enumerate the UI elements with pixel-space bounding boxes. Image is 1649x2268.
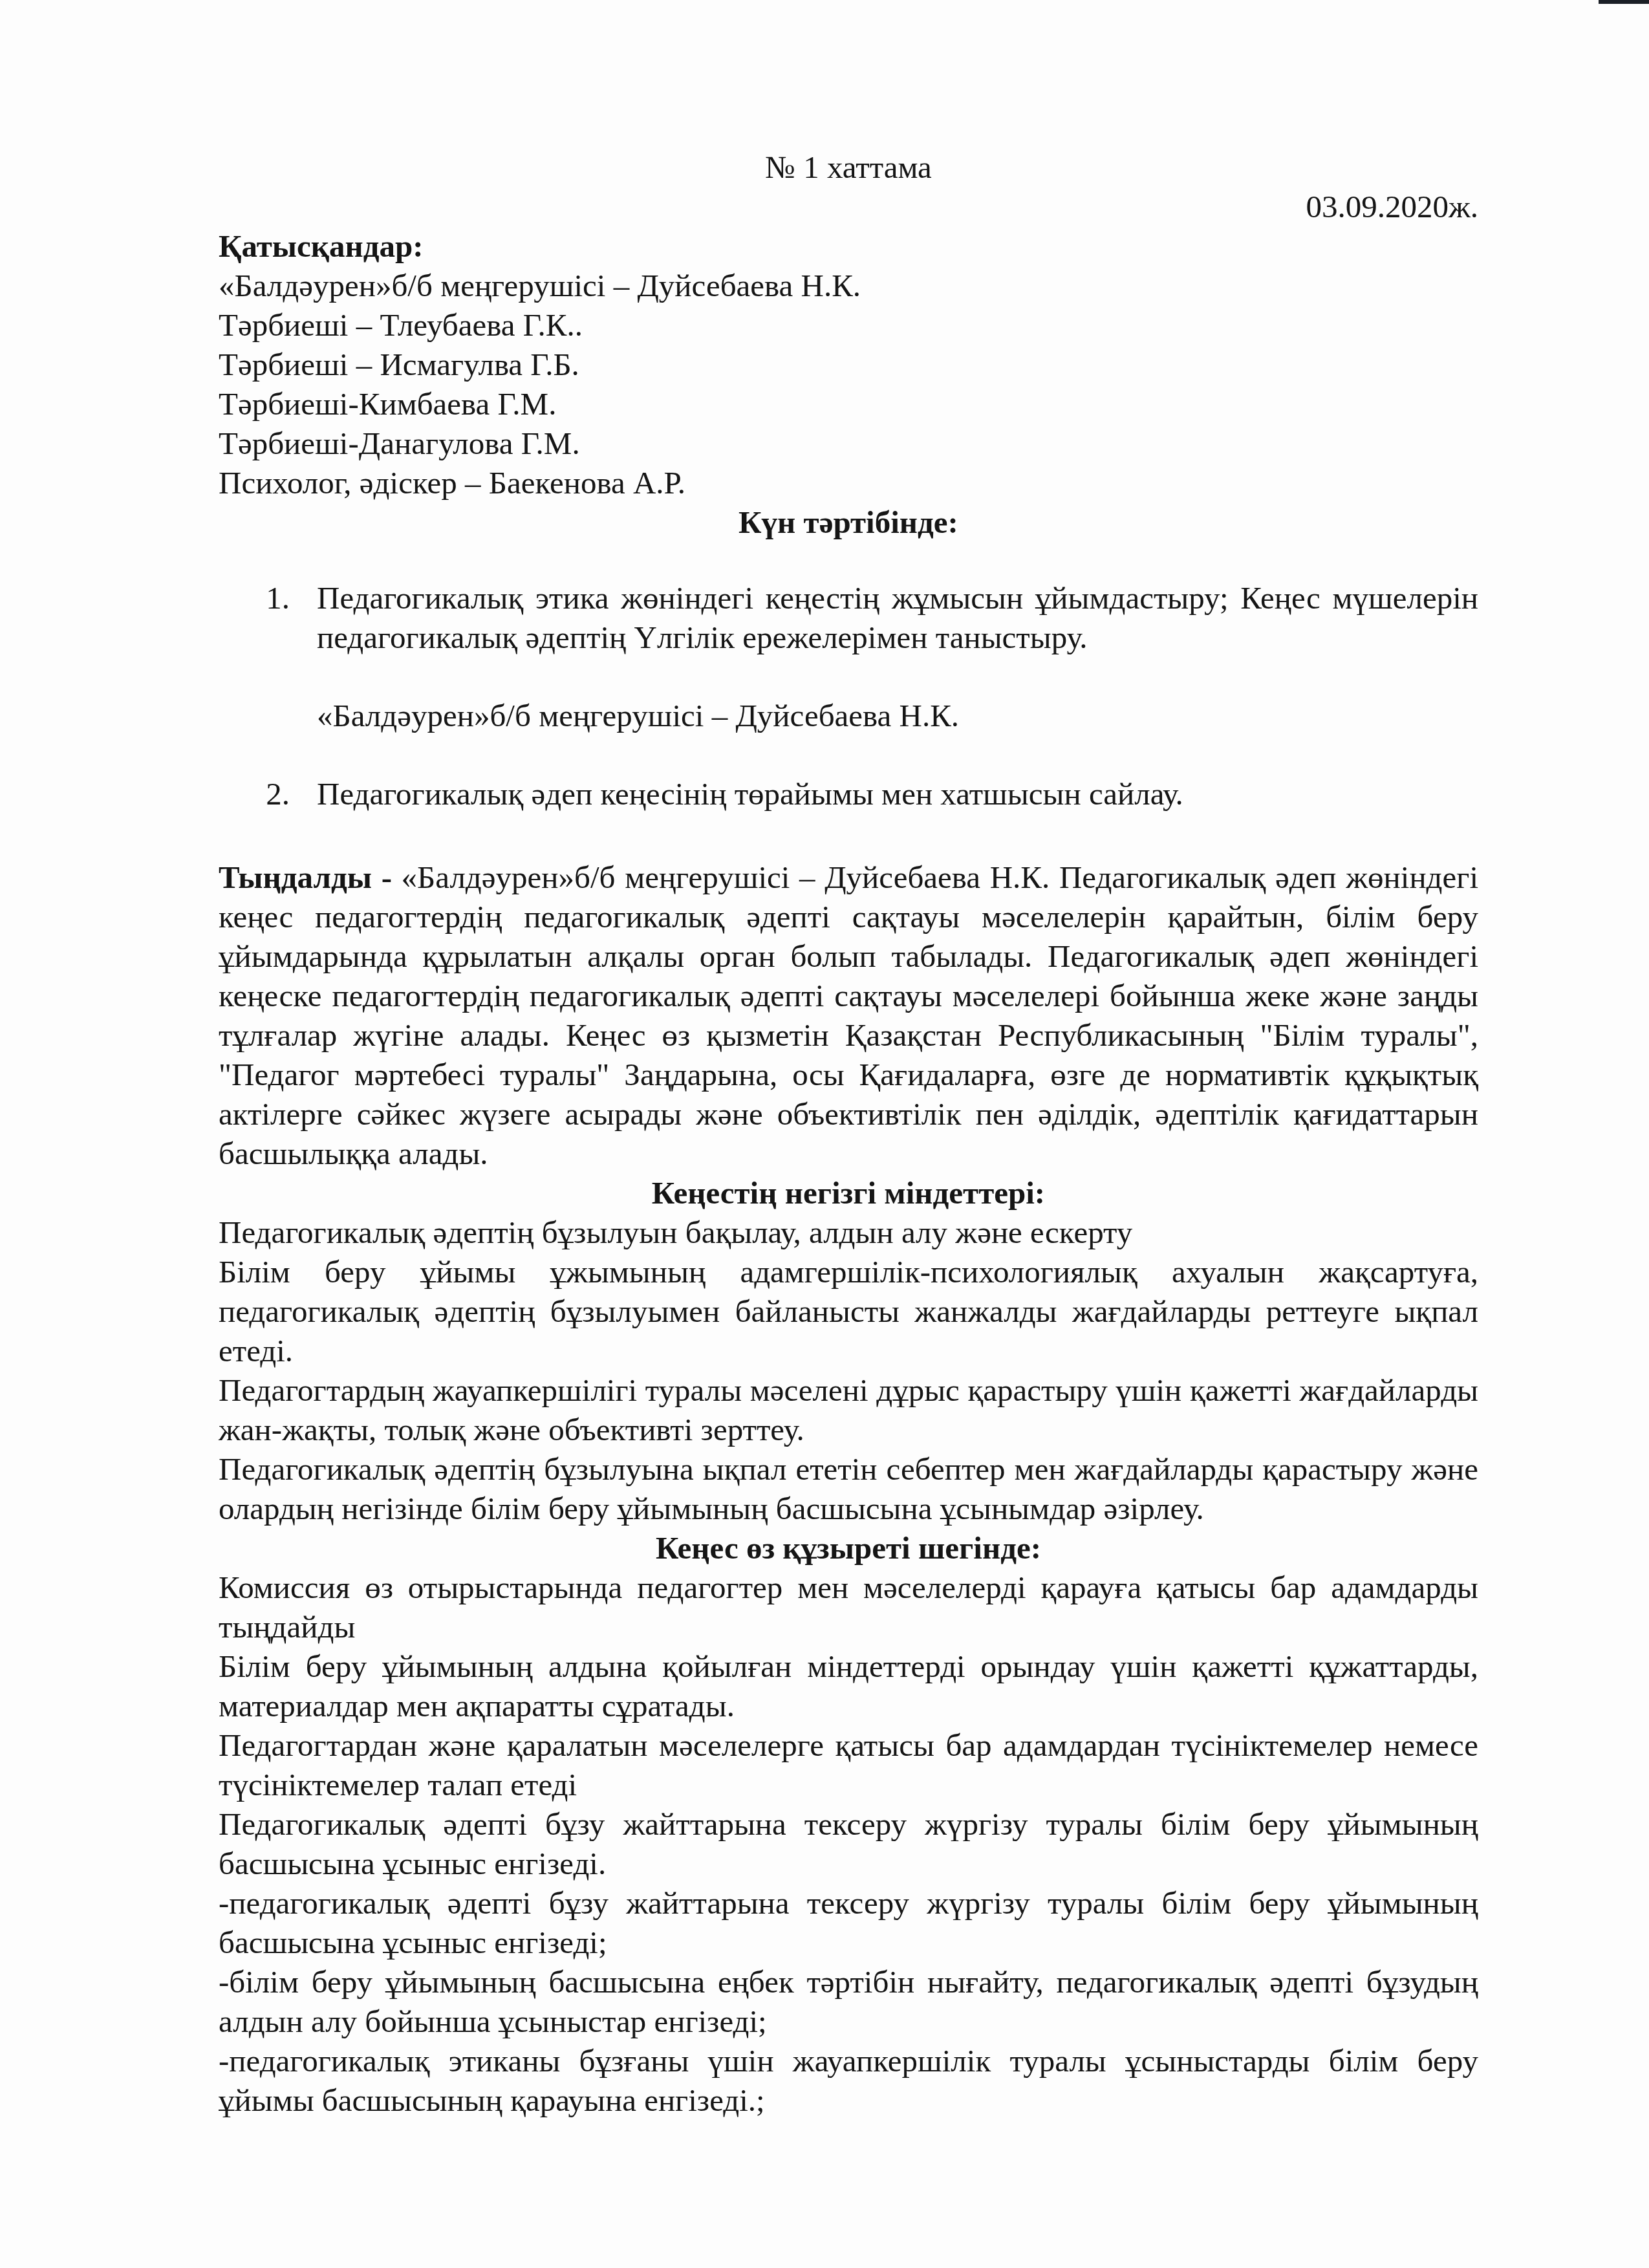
agenda-item-speaker: «Балдәурен»б/б меңгерушісі – Дуйсебаева … (317, 696, 1478, 735)
power-item: -педагогикалық этиканы бұзғаны үшін жауа… (219, 2041, 1478, 2120)
participant-item: Тәрбиеші – Тлеубаева Г.К.. (219, 305, 1478, 345)
participant-item: Тәрбиеші-Кимбаева Г.М. (219, 384, 1478, 424)
task-item: Педагогикалық әдептің бұзылуына ықпал ет… (219, 1449, 1478, 1528)
powers-heading: Кеңес өз құзыреті шегінде: (219, 1528, 1478, 1568)
scan-edge-mark (1599, 0, 1649, 4)
power-item: -педагогикалық әдепті бұзу жайттарына те… (219, 1883, 1478, 1962)
powers-section: Кеңес өз құзыреті шегінде: Комиссия өз о… (219, 1528, 1478, 2120)
participants-section: Қатысқандар: «Балдәурен»б/б меңгерушісі … (219, 226, 1478, 502)
tasks-heading: Кеңестің негізгі міндеттері: (219, 1173, 1478, 1213)
agenda-section: Күн тәртібінде: 1. Педагогикалық этика ж… (219, 502, 1478, 814)
heard-text: «Балдәурен»б/б меңгерушісі – Дуйсебаева … (219, 859, 1478, 1171)
participant-item: Тәрбиеші-Данагулова Г.М. (219, 424, 1478, 463)
task-item: Педагогтардың жауапкершілігі туралы мәсе… (219, 1370, 1478, 1449)
participants-heading: Қатысқандар: (219, 226, 1478, 266)
tasks-section: Кеңестің негізгі міндеттері: Педагогикал… (219, 1173, 1478, 1528)
document-title: № 1 хаттама (219, 147, 1478, 187)
heard-paragraph: Тыңдалды - «Балдәурен»б/б меңгерушісі – … (219, 858, 1478, 1173)
power-item: Педагогикалық әдепті бұзу жайттарына тек… (219, 1804, 1478, 1883)
agenda-item: 2. Педагогикалық әдеп кеңесінің төрайымы… (219, 774, 1478, 814)
participant-item: Психолог, әдіскер – Баекенова А.Р. (219, 463, 1478, 502)
agenda-item-text: Педагогикалық әдеп кеңесінің төрайымы ме… (317, 774, 1478, 814)
agenda-item: 1. Педагогикалық этика жөніндегі кеңесті… (219, 578, 1478, 657)
power-item: -білім беру ұйымының басшысына еңбек тәр… (219, 1962, 1478, 2041)
power-item: Білім беру ұйымының алдына қойылған мінд… (219, 1647, 1478, 1725)
power-item: Педагогтардан және қаралатын мәселелерге… (219, 1725, 1478, 1804)
power-item: Комиссия өз отырыстарында педагогтер мен… (219, 1568, 1478, 1647)
document-date: 03.09.2020ж. (219, 187, 1478, 226)
task-item: Білім беру ұйымы ұжымының адамгершілік-п… (219, 1252, 1478, 1370)
agenda-item-text: Педагогикалық этика жөніндегі кеңестің ж… (317, 578, 1478, 657)
agenda-heading: Күн тәртібінде: (219, 502, 1478, 542)
participant-item: Тәрбиеші – Исмагулва Г.Б. (219, 345, 1478, 384)
heard-label: Тыңдалды - (219, 859, 392, 895)
agenda-item-number: 1. (219, 578, 317, 657)
task-item: Педагогикалық әдептің бұзылуын бақылау, … (219, 1213, 1478, 1252)
participant-item: «Балдәурен»б/б меңгерушісі – Дуйсебаева … (219, 266, 1478, 305)
agenda-item-number: 2. (219, 774, 317, 814)
protocol-page: № 1 хаттама 03.09.2020ж. Қатысқандар: «Б… (219, 147, 1478, 2120)
